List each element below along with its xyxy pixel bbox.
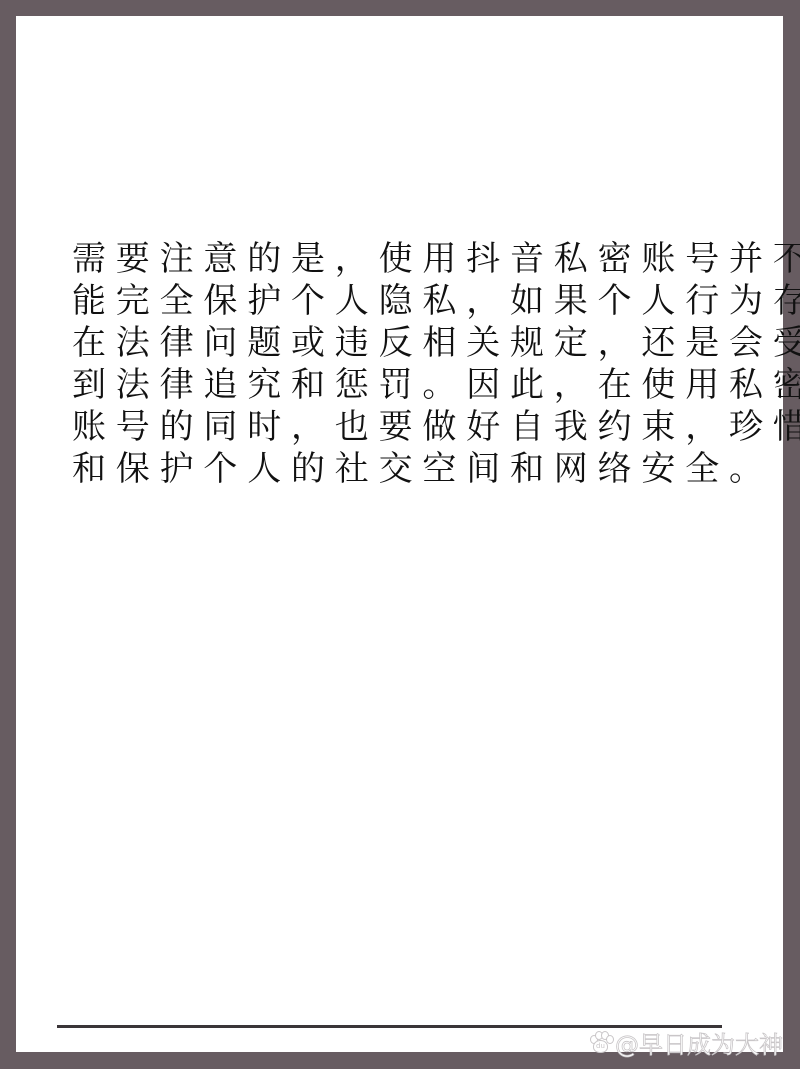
paragraph-line: 在法律问题或违反相关规定，还是会受 xyxy=(72,322,752,364)
watermark-label: @早日成为大神 xyxy=(615,1025,783,1060)
paragraph-line: 需要注意的是，使用抖音私密账号并不 xyxy=(72,238,752,280)
paragraph-line: 能完全保护个人隐私，如果个人行为存 xyxy=(72,280,752,322)
body-paragraph: 需要注意的是，使用抖音私密账号并不 能完全保护个人隐私，如果个人行为存 在法律问… xyxy=(72,238,752,490)
baidu-paw-icon: du xyxy=(589,1031,611,1053)
paragraph-line: 到法律追究和惩罚。因此，在使用私密 xyxy=(72,364,752,406)
document-page: 需要注意的是，使用抖音私密账号并不 能完全保护个人隐私，如果个人行为存 在法律问… xyxy=(16,16,783,1052)
paw-logo-text: du xyxy=(593,1040,608,1053)
paragraph-line: 和保护个人的社交空间和网络安全。 xyxy=(72,448,752,490)
paragraph-line: 账号的同时，也要做好自我约束，珍惜 xyxy=(72,406,752,448)
watermark: du @早日成为大神 xyxy=(589,1027,783,1057)
